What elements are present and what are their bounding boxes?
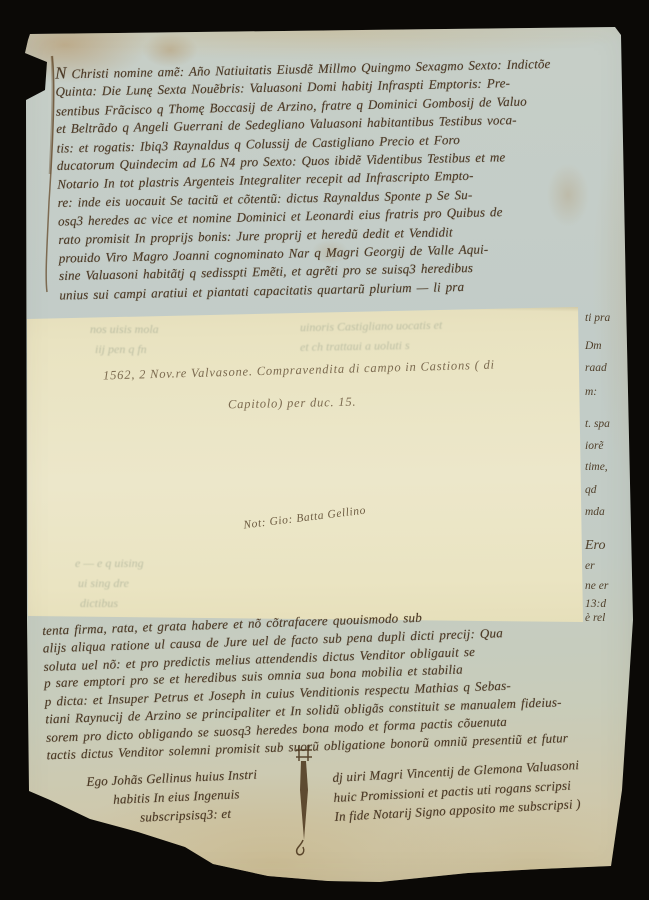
notary-signature: Not: Gio: Batta Gellino — [243, 505, 367, 532]
overlay-slip: nos uisis mola uinoris Castigliano uocat… — [27, 303, 583, 623]
manuscript-line: In fide Notarij Signo apposito me subscr… — [334, 794, 582, 826]
bleedthrough-text: nos uisis mola — [90, 322, 159, 337]
archival-annotation-line: Capitolo) per duc. 15. — [228, 395, 357, 413]
manuscript-fragment: Dm — [585, 340, 602, 352]
manuscript-fragment: t. spa — [585, 418, 610, 430]
bleedthrough-text: uinoris Castigliano uocatis et — [300, 318, 443, 335]
manuscript-fragment: m: — [585, 386, 597, 398]
manuscript-line: prouido Viro Magro Joanni cognominato Na… — [59, 237, 634, 268]
bleedthrough-text: iij pen q fn — [95, 342, 147, 357]
manuscript-line: tenta firma, rata, et grata habere et nõ… — [42, 601, 632, 639]
manuscript-line: et Beltrãdo q Angeli Guerrani de Sedegli… — [56, 109, 631, 138]
manuscript-line: p dicta: et Insuper Petrus et Joseph in … — [44, 673, 634, 711]
margin-flourish-icon — [40, 52, 62, 297]
archival-annotation-line: 1562, 2 Nov.re Valvasone. Compravendita … — [103, 358, 495, 384]
manuscript-line: huic Promissioni et pactis uti rogans sc… — [333, 775, 581, 807]
manuscript-fragment: ti pra — [585, 312, 610, 324]
manuscript-line: re: inde eis uocauit Se tacitũ et cõtent… — [57, 183, 632, 212]
manuscript-line: unius sui campi aratiui et piantati capa… — [59, 274, 634, 305]
manuscript-fragment: er — [585, 560, 595, 572]
manuscript-line: tactis dictus Venditor solemni promisit … — [46, 726, 636, 763]
deed-text-lower: tenta firma, rata, et grata habere et nõ… — [42, 601, 637, 764]
bleedthrough-text: ui sing dre — [78, 576, 129, 591]
manuscript-line: habitis In eius Ingenuis — [87, 784, 259, 810]
manuscript-line: Notario In tot plastris Argenteis Integr… — [57, 164, 632, 195]
manuscript-line: p sare emptori pro se et heredibus suis … — [44, 655, 634, 692]
manuscript-line: dj uiri Magri Vincentij de Glemona Valua… — [332, 755, 580, 787]
manuscript-line: tiani Raynucij de Arzino se principalite… — [45, 691, 635, 728]
manuscript-line: sorem pro dicto obligando se suosq3 here… — [46, 708, 636, 746]
manuscript-line: Ego Johãs Gellinus huius Instri — [86, 765, 258, 791]
manuscript-line: N Christi nomine amẽ: Año Natiuitatis Ei… — [55, 52, 630, 84]
manuscript-line: rato promisit In proprijs bonis: Jure pr… — [58, 220, 633, 249]
manuscript-fragment: è rel — [585, 612, 605, 624]
manuscript-line: alijs aliqua ratione ul causa de Jure ue… — [43, 620, 633, 657]
manuscript-line: sine Valuasoni habitãtj q sedisspti Emẽt… — [59, 256, 634, 285]
manuscript-fragment: qd — [585, 484, 597, 496]
parchment-sheet: N Christi nomine amẽ: Año Natiuitatis Ei… — [0, 0, 649, 900]
manuscript-fragment: iorẽ — [585, 440, 604, 452]
manuscript-line: soluta uel nõ: et pro predictis melius a… — [43, 637, 633, 675]
line-end-fragments: ti pra Dm raad m: t. spa iorẽ time, qd m… — [0, 0, 649, 900]
manuscript-line: subscripsisq3: et — [88, 803, 260, 829]
bleedthrough-text: dictibus — [80, 596, 118, 611]
manuscript-line: osq3 heredes ac vice et nomine Dominici … — [58, 201, 633, 232]
manuscript-fragment: raad — [585, 362, 607, 374]
manuscript-line: ducatorum Quindecim ad L6 N4 pro Sexto: … — [57, 146, 632, 175]
manuscript-line: Quinta: Die Lunę Sexta Nouẽbris: Valuaso… — [55, 72, 630, 101]
manuscript-line: sentibus Frãcisco q Thomę Boccasij de Ar… — [56, 90, 631, 121]
manuscript-fragment: ne er — [585, 580, 608, 592]
manuscript-fragment: Ero — [585, 538, 605, 554]
manuscript-fragment: 13:d — [585, 598, 606, 610]
notary-subscription-left: Ego Johãs Gellinus huius Instri habitis … — [86, 765, 259, 829]
manuscript-line: tis: et rogatis: Ibiq3 Raynaldus q Colus… — [56, 127, 631, 158]
bleedthrough-text: e — e q uising — [75, 556, 144, 571]
manuscript-fragment: mda — [585, 506, 605, 518]
manuscript-scan: N Christi nomine amẽ: Año Natiuitatis Ei… — [0, 0, 649, 900]
deed-text-upper: N Christi nomine amẽ: Año Natiuitatis Ei… — [55, 53, 635, 304]
notary-signum-icon — [286, 742, 330, 862]
bleedthrough-text: et ch trattaui a uoluti s — [300, 338, 410, 355]
notary-subscription-right: dj uiri Magri Vincentij de Glemona Valua… — [332, 755, 582, 826]
manuscript-fragment: time, — [585, 461, 608, 473]
